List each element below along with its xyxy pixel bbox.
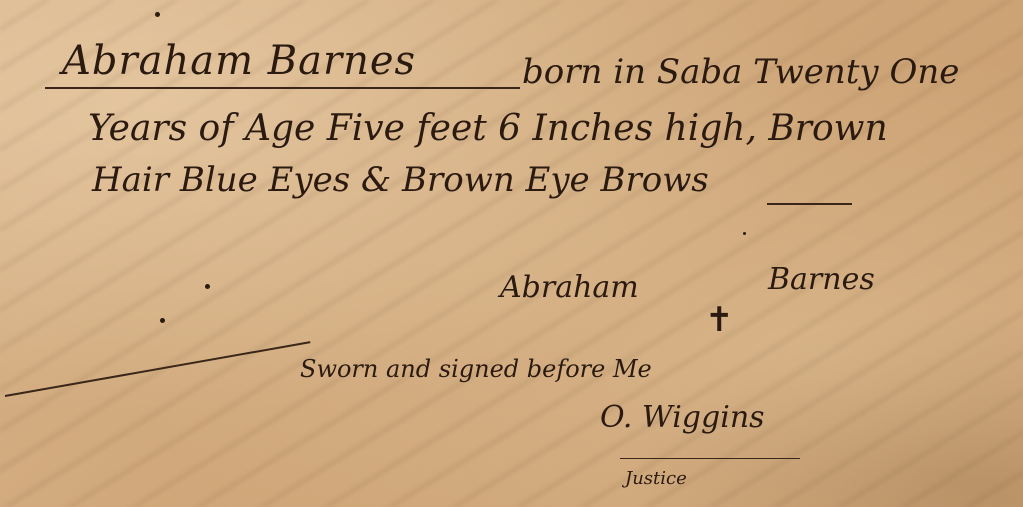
name-underline bbox=[45, 87, 520, 89]
attestation-text: Sworn and signed before Me bbox=[300, 355, 652, 383]
line-end-dash bbox=[767, 203, 852, 205]
body-line-3: Hair Blue Eyes & Brown Eye Brows bbox=[92, 160, 709, 200]
magistrate-underline bbox=[620, 458, 800, 459]
ink-spot bbox=[160, 318, 165, 323]
document-page: Abraham Barnes born in Saba Twenty One Y… bbox=[0, 0, 1023, 507]
ink-spot bbox=[205, 284, 210, 289]
ink-spot bbox=[743, 232, 746, 235]
magistrate-signature: O. Wiggins bbox=[600, 400, 765, 435]
body-line-1: born in Saba Twenty One bbox=[522, 52, 959, 92]
cross-mark-icon: ✝ bbox=[705, 300, 734, 340]
magistrate-title: Justice bbox=[625, 468, 687, 489]
signature-last-name: Barnes bbox=[768, 262, 875, 297]
name-heading: Abraham Barnes bbox=[62, 38, 416, 84]
body-line-2: Years of Age Five feet 6 Inches high, Br… bbox=[88, 108, 888, 149]
ink-spot bbox=[155, 12, 160, 17]
signature-first-name: Abraham bbox=[500, 270, 639, 305]
